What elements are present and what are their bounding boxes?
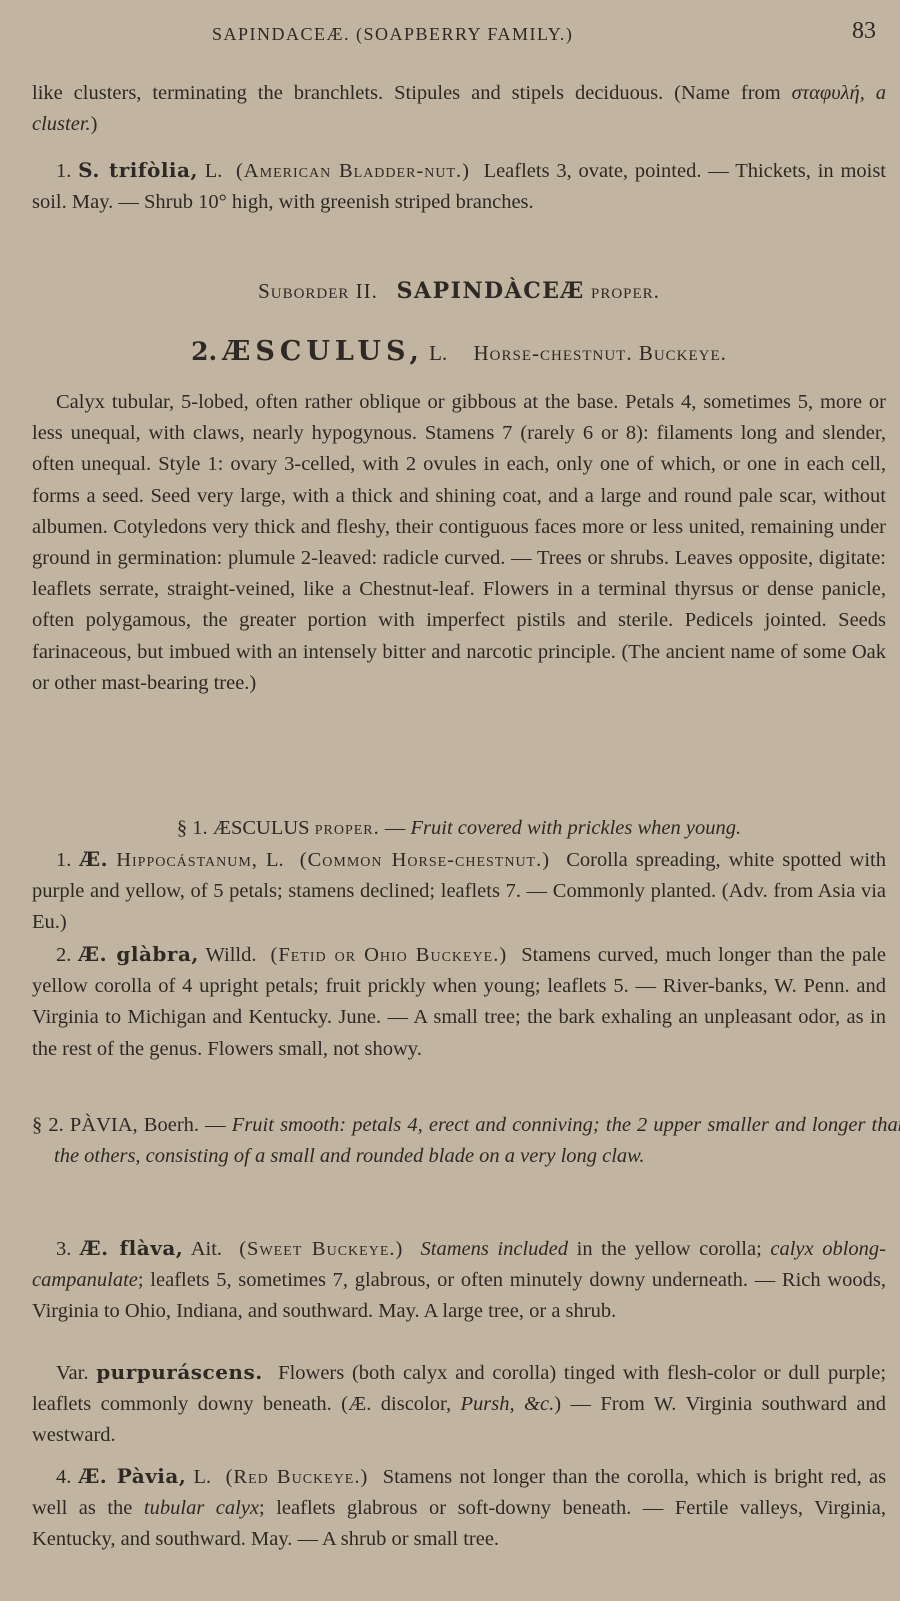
genus-common-name: Horse-chestnut. Buckeye. bbox=[473, 341, 726, 365]
common-name: (Fetid or Ohio Buckeye.) bbox=[271, 944, 508, 966]
species-name: S. trifòlia, bbox=[78, 158, 198, 182]
running-header: SAPINDACEÆ. (SOAPBERRY FAMILY.) 83 bbox=[0, 18, 900, 48]
genus-staphylea-continuation: like clusters, terminating the branchlet… bbox=[32, 78, 886, 140]
species-name: Æ. glàbra, bbox=[78, 942, 198, 966]
species-name: Hippocástanum, bbox=[116, 849, 258, 871]
suborder-heading: Suborder II. SAPINDÀCEÆ proper. bbox=[32, 276, 886, 307]
species-entry-hippocastanum: 1. Æ. Hippocástanum, L. (Common Horse-ch… bbox=[32, 844, 886, 939]
variety-name: purpuráscens. bbox=[96, 1360, 263, 1384]
section-2-heading: § 2. PÀVIA, Boerh. — Fruit smooth: petal… bbox=[32, 1110, 900, 1172]
genus-heading-aesculus: 2. ÆSCULUS, L. Horse-chestnut. Buckeye. bbox=[32, 336, 886, 369]
species-name: Æ. flàva, bbox=[80, 1236, 183, 1260]
genus-name: ÆSCULUS, bbox=[222, 336, 423, 367]
greek-etymology: σταφυλή bbox=[792, 82, 860, 104]
species-entry-s-trifolia: 1. S. trifòlia, L. (American Bladder-nut… bbox=[32, 155, 886, 218]
book-page: SAPINDACEÆ. (SOAPBERRY FAMILY.) 83 like … bbox=[0, 0, 900, 1601]
genus-description: Calyx tubular, 5-lobed, often rather obl… bbox=[32, 387, 886, 699]
page-number: 83 bbox=[852, 18, 876, 45]
running-title: SAPINDACEÆ. (SOAPBERRY FAMILY.) bbox=[212, 24, 573, 45]
common-name: (Red Buckeye.) bbox=[226, 1466, 369, 1488]
common-name: (Sweet Buckeye.) bbox=[239, 1238, 403, 1260]
species-entry-pavia: 4. Æ. Pàvia, L. (Red Buckeye.) Stamens n… bbox=[32, 1461, 886, 1556]
common-name: (American Bladder-nut.) bbox=[236, 160, 470, 182]
section-1-heading: § 1. ÆSCULUS proper. — Fruit covered wit… bbox=[32, 813, 886, 844]
species-entry-flava: 3. Æ. flàva, Ait. (Sweet Buckeye.) Stame… bbox=[32, 1233, 886, 1328]
species-name: Æ. Pàvia, bbox=[79, 1464, 187, 1488]
common-name: (Common Horse-chestnut.) bbox=[300, 849, 550, 871]
species-entry-glabra: 2. Æ. glàbra, Willd. (Fetid or Ohio Buck… bbox=[32, 939, 886, 1065]
variety-entry-purpurascens: Var. purpuráscens. Flowers (both calyx a… bbox=[32, 1357, 886, 1452]
